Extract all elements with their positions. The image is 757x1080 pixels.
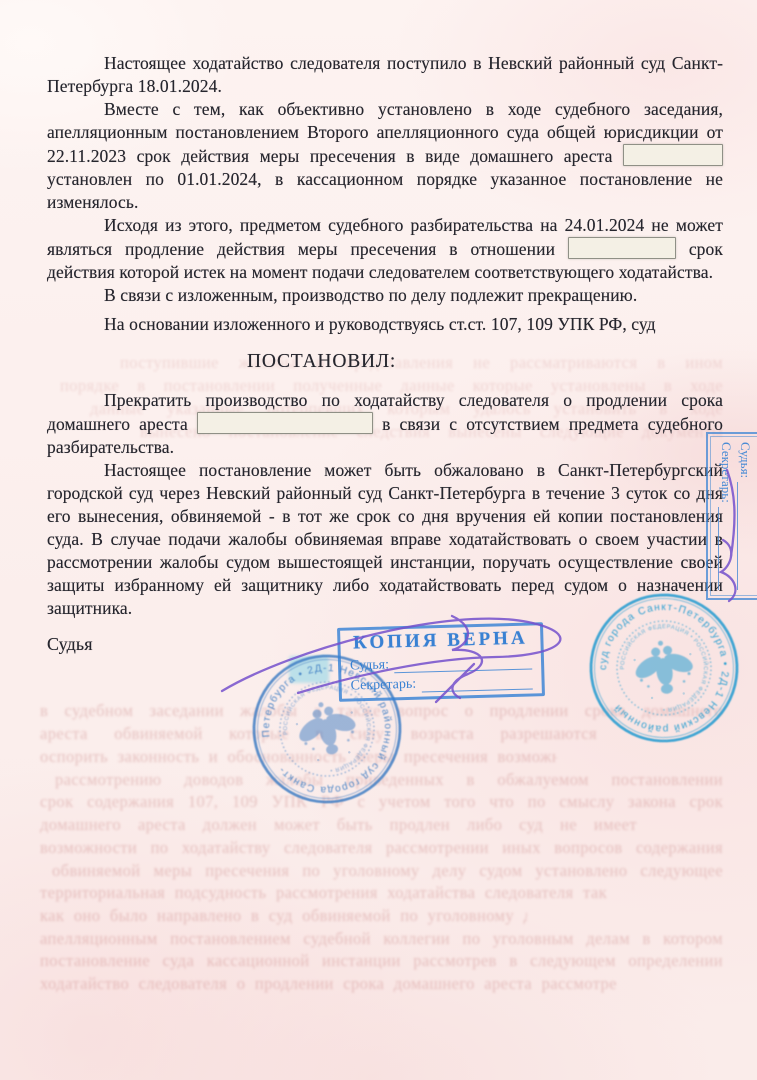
redaction-box-name-3 xyxy=(197,412,373,434)
bleedthrough-line: возможности по ходатайству следователя р… xyxy=(40,837,723,859)
redaction-box-name-2 xyxy=(568,237,676,259)
bleedthrough-line: ходатайство следователя о продлении срок… xyxy=(40,973,617,995)
signature-line xyxy=(421,688,532,692)
paragraph-subject-of-hearing: Исходя из этого, предметом судебного раз… xyxy=(47,214,723,284)
bleedthrough-line: срок содержания 107, 109 УПК РФ с учетом… xyxy=(40,791,723,813)
paragraph-received: Настоящее ходатайство следователя поступ… xyxy=(47,52,723,98)
paragraph-text: установлен по 01.01.2024, в кассационном… xyxy=(47,169,723,212)
side-stamp-secretary-label: Секретарь: xyxy=(718,442,734,503)
bleedthrough-line: постановление суда кассационной инстанци… xyxy=(40,950,723,972)
side-stamp-judge-label: Судья: xyxy=(737,442,753,478)
copy-stamp-judge-label: Судья: xyxy=(350,657,389,674)
paragraph-text: Вместе с тем, как объективно установлено… xyxy=(47,99,723,166)
court-round-seal-right: суд города Санкт-Петербурга • 2Д-1 Невск… xyxy=(578,582,750,754)
redaction-box-name-1 xyxy=(623,144,723,166)
scanned-court-order-page: поступившие жалобы и представления не ра… xyxy=(0,0,757,1080)
copy-certified-stamp: КОПИЯ ВЕРНА Судья: Секретарь: xyxy=(337,622,545,702)
bleedthrough-line: территориальная подсудность рассмотрения… xyxy=(40,882,607,904)
paragraph-text: Настоящее ходатайство следователя поступ… xyxy=(47,53,723,96)
document-body: Настоящее ходатайство следователя поступ… xyxy=(47,52,723,656)
paragraph-appeal-rights: Настоящее постановление может быть обжал… xyxy=(47,459,723,620)
signature-line xyxy=(718,507,719,590)
paragraph-appeal-ruling: Вместе с тем, как объективно установлено… xyxy=(47,98,723,214)
paragraph-legal-basis: На основании изложенного и руководствуяс… xyxy=(47,313,723,336)
bleedthrough-line: домашнего ареста должен может быть продл… xyxy=(40,814,637,836)
side-copy-certified-stamp: КОПИЯ ВЕРНА Судья: Секретарь: xyxy=(706,432,757,600)
bleedthrough-line: апелляционным постановлением судебной ко… xyxy=(40,928,723,950)
resolution-heading: ПОСТАНОВИЛ: xyxy=(247,350,723,373)
paragraph-resolution: Прекратить производство по ходатайству с… xyxy=(47,389,723,459)
paragraph-termination: В связи с изложенным, производство по де… xyxy=(47,284,723,307)
bleedthrough-line: как оно было направлено в суд обвиняемой… xyxy=(40,905,527,927)
copy-stamp-secretary-label: Секретарь: xyxy=(350,677,416,695)
bleedthrough-line: обвиняемой меры пресечения по уголовному… xyxy=(52,860,723,882)
double-eagle-emblem xyxy=(289,695,364,762)
double-eagle-emblem xyxy=(628,636,699,698)
signature-line xyxy=(737,482,738,590)
